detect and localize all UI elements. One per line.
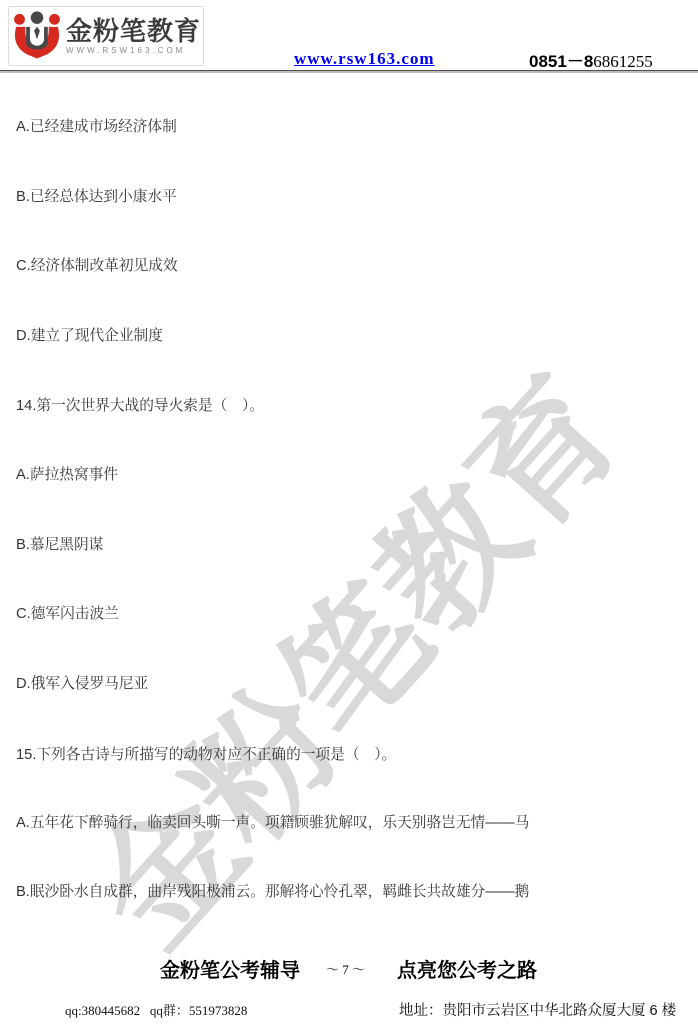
site-link[interactable]: www.rsw163.com [294,49,435,69]
question-15-stem: 15.下列各古诗与所描写的动物对应不正确的一项是（ ）。 [16,747,396,764]
question-14-option-b: B.慕尼黑阴谋 [16,537,103,554]
question-14-option-d: D.俄军入侵罗马尼亚 [16,676,148,693]
option-line-d: D.建立了现代企业制度 [16,328,163,345]
brand-logo-icon [12,10,62,62]
document-page: 金粉笔教育 金粉笔教育 WWW.RSW163.COM www.rsw163.co… [0,0,698,1035]
option-line-a: A.已经建成市场经济体制 [16,119,177,136]
phone-suffix: 6861255 [593,52,653,71]
brand-logo: 金粉笔教育 WWW.RSW163.COM [8,6,204,66]
brand-name: 金粉笔教育 [66,17,201,45]
brand-logo-text: 金粉笔教育 WWW.RSW163.COM [66,17,201,56]
brand-site-url: WWW.RSW163.COM [66,45,201,56]
footer-address: 地址：贵阳市云岩区中华北路众厦大厦 6 楼 [399,999,676,1020]
question-content: A.已经建成市场经济体制 B.已经总体达到小康水平 C.经济体制改革初见成效 D… [0,0,698,1035]
question-14-option-a: A.萨拉热窝事件 [16,467,118,484]
question-15-option-a: A.五年花下醉骑行，临卖回头嘶一声。项籍顾骓犹解叹，乐天别骆岂无情——马 [16,815,529,832]
question-14-option-c: C.德军闪击波兰 [16,606,119,623]
page-number-indicator: ～ 7 ～ [326,959,365,978]
phone-number: 0851－86861255 [529,47,653,72]
header-divider [0,70,698,73]
option-line-b: B.已经总体达到小康水平 [16,189,177,206]
footer-right-slogan: 点亮您公考之路 [397,954,537,983]
phone-prefix: 0851－8 [529,52,593,71]
question-14-stem: 14.第一次世界大战的导火索是（ ）。 [16,398,264,415]
footer-brand-slogan: 金粉笔公考辅导 [160,954,300,983]
question-15-option-b: B.眠沙卧水自成群，曲岸残阳极浦云。那解将心怜孔翠，羁雌长共故雄分——鹅 [16,884,529,901]
footer-qq-contacts: qq:380445682 qq群：551973828 [65,1000,247,1019]
option-line-c: C.经济体制改革初见成效 [16,258,178,275]
